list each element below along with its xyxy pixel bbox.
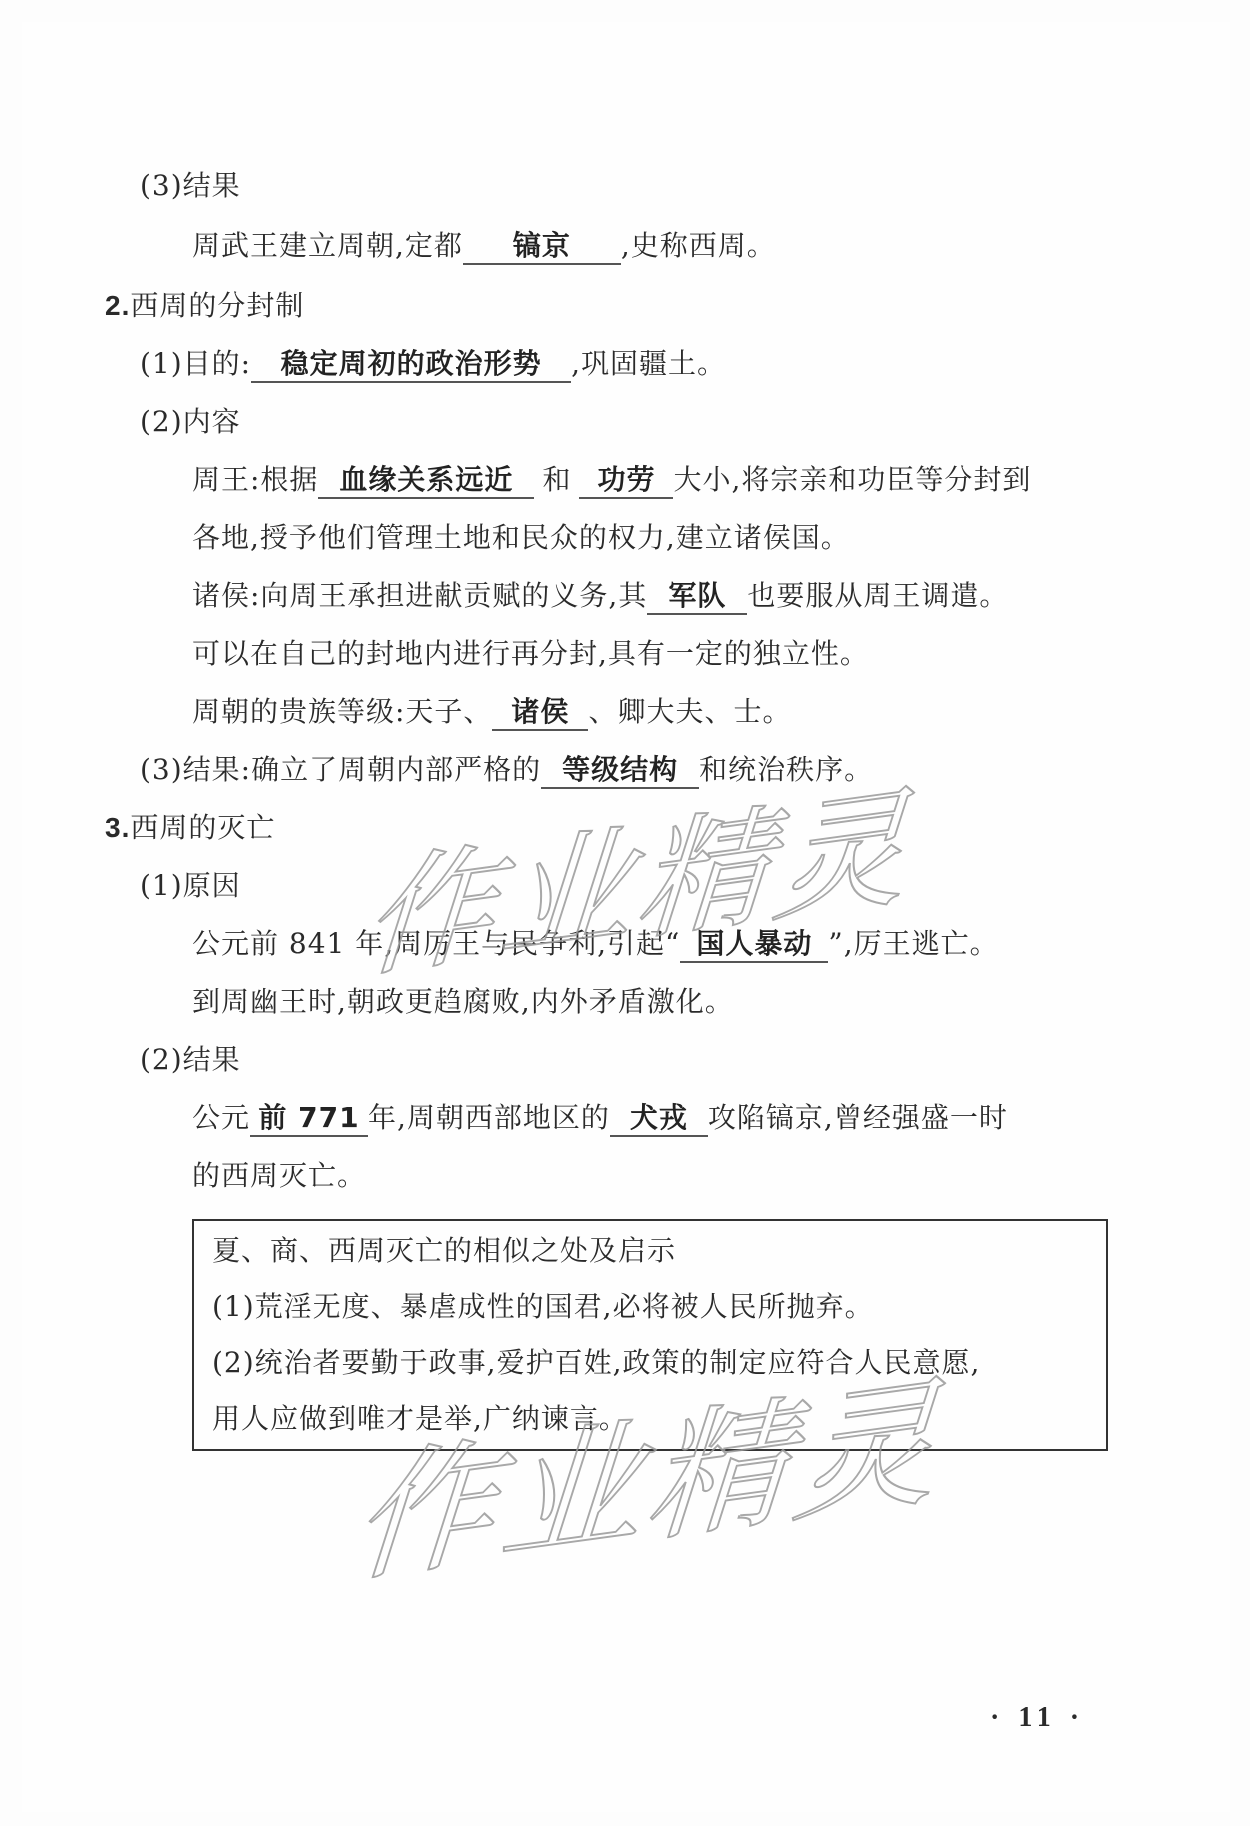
section3-heading: 3.西周的灭亡: [105, 810, 275, 846]
king-line: 周王:根据血缘关系远近和功劳大小,将宗亲和功臣等分封到: [192, 462, 1031, 499]
text: 公元: [192, 1101, 250, 1134]
section3-result-line-1: 公元前 771年,周朝西部地区的犬戎攻陷镐京,曾经强盛一时: [192, 1100, 1008, 1137]
king-line-2: 各地,授予他们管理土地和民众的权力,建立诸侯国。: [192, 520, 850, 556]
answer-blank-purpose: 稳定周初的政治形势: [251, 347, 571, 383]
text: 也要服从周王调遣。: [747, 579, 1008, 612]
text: 、卿大夫、士。: [588, 695, 791, 728]
text: 周王:根据: [192, 463, 318, 496]
text: ,史称西周。: [621, 229, 776, 262]
section-number: 2.: [105, 290, 130, 321]
text: 周武王建立周朝,定都: [192, 229, 463, 262]
answer-blank-army: 军队: [647, 579, 747, 615]
text: 周朝的贵族等级:天子、: [192, 695, 492, 728]
section2-heading: 2.西周的分封制: [105, 288, 304, 324]
page-number: · 11 ·: [990, 1702, 1085, 1734]
answer-blank-capital: 镐京: [463, 229, 621, 265]
section-number: 3.: [105, 812, 130, 843]
section3-result-line-2: 的西周灭亡。: [192, 1158, 366, 1194]
section1-result-label: (3)结果: [140, 168, 241, 204]
text: 诸侯:向周王承担进献贡赋的义务,其: [192, 579, 647, 612]
purpose-line: (1)目的:稳定周初的政治形势,巩固疆土。: [140, 346, 726, 383]
text: ,巩固疆土。: [571, 347, 726, 380]
text: 大小,将宗亲和功臣等分封到: [673, 463, 1031, 496]
section-title: 西周的分封制: [130, 289, 304, 322]
summary-point-1: (1)荒淫无度、暴虐成性的国君,必将被人民所抛弃。: [212, 1289, 874, 1325]
cause-label: (1)原因: [140, 868, 241, 904]
text: (3)结果:确立了周朝内部严格的: [140, 753, 541, 786]
section-title: 西周的灭亡: [130, 811, 275, 844]
answer-blank-merit: 功劳: [579, 463, 673, 499]
section1-result-text: 周武王建立周朝,定都镐京,史称西周。: [192, 228, 776, 265]
purpose-label: (1)目的:: [140, 347, 251, 380]
answer-blank-year: 前 771: [250, 1101, 368, 1137]
summary-title: 夏、商、西周灭亡的相似之处及启示: [212, 1233, 676, 1269]
text: 和: [542, 463, 571, 496]
text: 年,周朝西部地区的: [368, 1101, 610, 1134]
ranks-line: 周朝的贵族等级:天子、诸侯、卿大夫、士。: [192, 694, 791, 731]
answer-blank-blood: 血缘关系远近: [318, 463, 534, 499]
content-label: (2)内容: [140, 404, 241, 440]
lords-line: 诸侯:向周王承担进献贡赋的义务,其军队也要服从周王调遣。: [192, 578, 1008, 615]
lords-line-2: 可以在自己的封地内进行再分封,具有一定的独立性。: [192, 636, 869, 672]
answer-blank-tribe: 犬戎: [610, 1101, 708, 1137]
cause-line-2: 到周幽王时,朝政更趋腐败,内外矛盾激化。: [192, 984, 734, 1020]
section3-result-label: (2)结果: [140, 1042, 241, 1078]
answer-blank-lords: 诸侯: [492, 695, 588, 731]
text: 攻陷镐京,曾经强盛一时: [708, 1101, 1008, 1134]
